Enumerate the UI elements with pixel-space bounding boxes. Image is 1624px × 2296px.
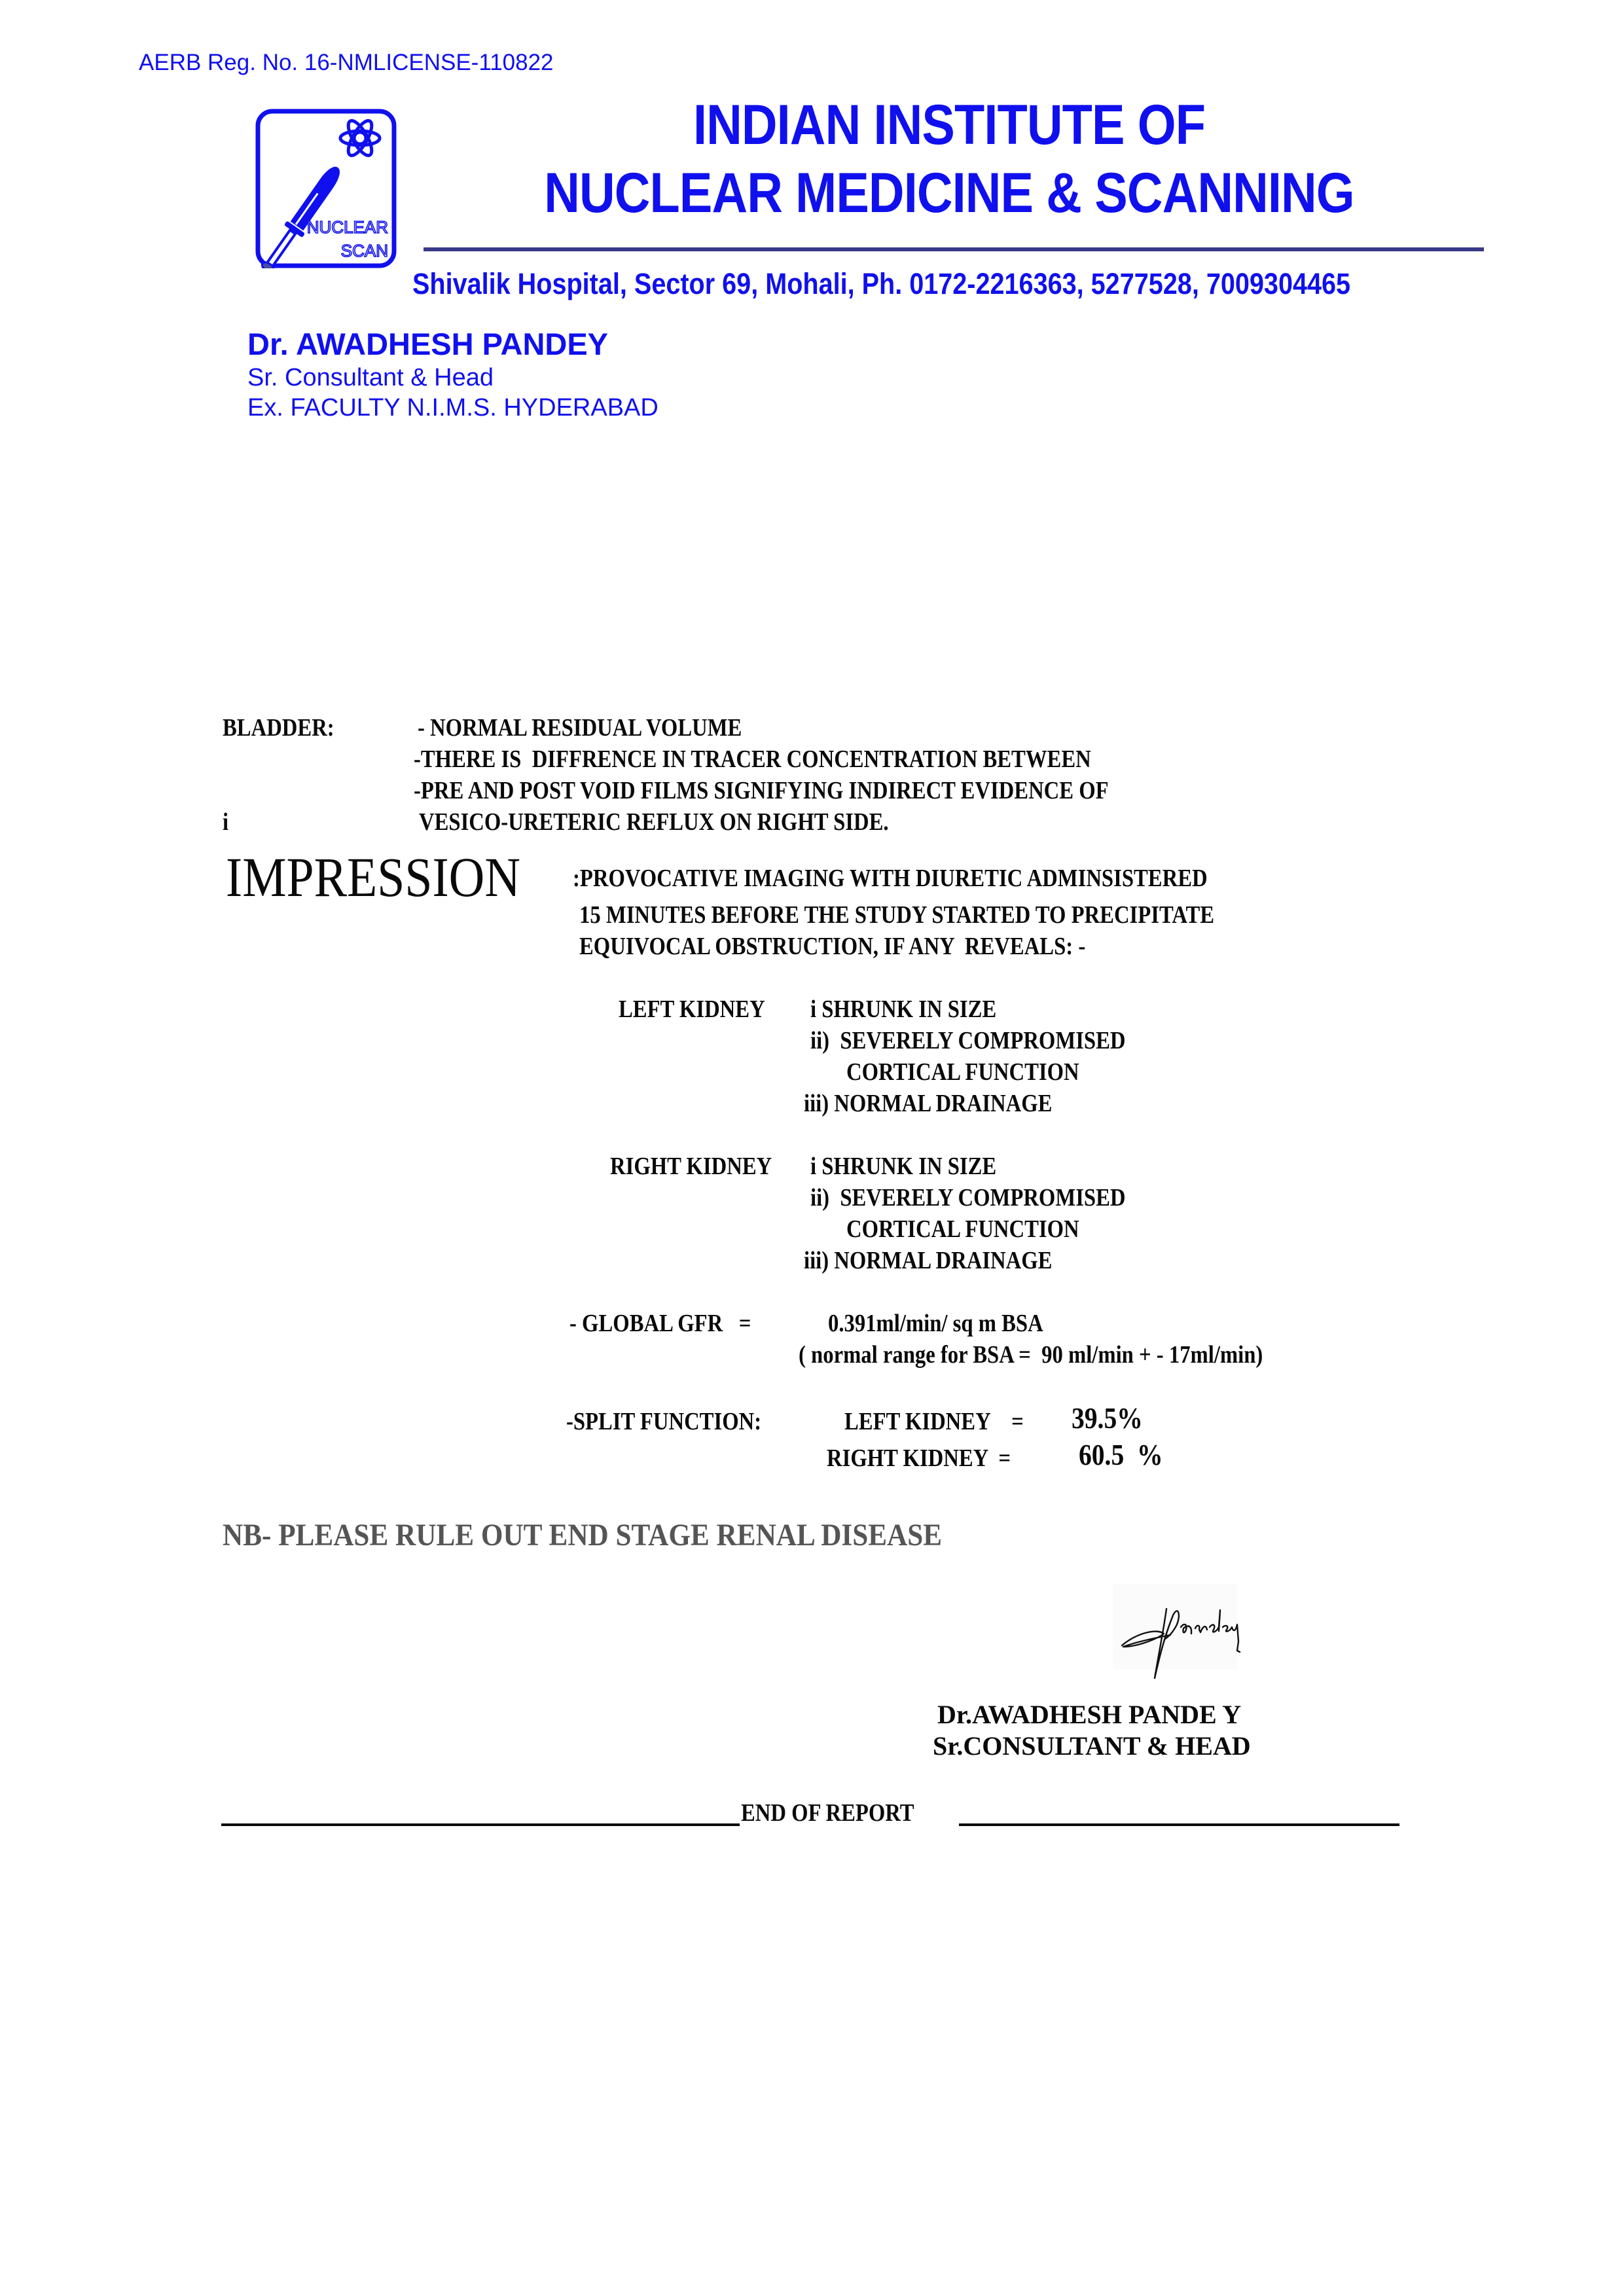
stray-marker: i: [223, 808, 228, 836]
doctor-faculty: Ex. FACULTY N.I.M.S. HYDERABAD: [247, 394, 659, 422]
left-kidney-finding: CORTICAL FUNCTION: [846, 1058, 1079, 1086]
signatory-name: Dr.AWADHESH PANDE Y: [937, 1699, 1241, 1730]
right-kidney-finding: ii) SEVERELY COMPROMISED: [810, 1183, 1125, 1212]
bladder-finding: - NORMAL RESIDUAL VOLUME: [418, 713, 742, 742]
split-right-kidney-value: 60.5 %: [1079, 1437, 1163, 1472]
end-divider-left: [221, 1823, 740, 1826]
gfr-value: 0.391ml/min/ sq m BSA: [828, 1309, 1043, 1338]
split-right-kidney-label: RIGHT KIDNEY =: [827, 1444, 1011, 1473]
signature-icon: [1113, 1584, 1237, 1669]
registration-number: AERB Reg. No. 16-NMLICENSE-110822: [139, 50, 554, 76]
gfr-label: - GLOBAL GFR =: [569, 1309, 751, 1338]
signatory-title: Sr.CONSULTANT & HEAD: [933, 1731, 1251, 1761]
logo-text-nuclear: NUCLEAR: [307, 217, 388, 237]
gfr-normal-range: ( normal range for BSA = 90 ml/min + - 1…: [799, 1340, 1263, 1369]
institute-address: Shivalik Hospital, Sector 69, Mohali, Ph…: [412, 267, 1350, 301]
institute-title-line2: NUCLEAR MEDICINE & SCANNING: [471, 161, 1428, 226]
bladder-finding: VESICO-URETERIC REFLUX ON RIGHT SIDE.: [419, 808, 889, 836]
bladder-label: BLADDER:: [223, 713, 334, 742]
clinical-note: NB- PLEASE RULE OUT END STAGE RENAL DISE…: [223, 1517, 942, 1553]
impression-text: :PROVOCATIVE IMAGING WITH DIURETIC ADMIN…: [573, 864, 1208, 893]
split-function-label: -SPLIT FUNCTION:: [566, 1407, 761, 1436]
doctor-name: Dr. AWADHESH PANDEY: [247, 326, 608, 362]
left-kidney-finding: i SHRUNK IN SIZE: [810, 995, 996, 1024]
nuclear-scan-logo-icon: NUCLEAR SCAN: [250, 97, 391, 257]
left-kidney-finding: ii) SEVERELY COMPROMISED: [810, 1026, 1125, 1055]
bladder-finding: -PRE AND POST VOID FILMS SIGNIFYING INDI…: [414, 776, 1109, 805]
institute-title-line1: INDIAN INSTITUTE OF: [471, 93, 1428, 158]
impression-text: 15 MINUTES BEFORE THE STUDY STARTED TO P…: [579, 901, 1214, 929]
end-of-report: END OF REPORT: [741, 1799, 914, 1827]
right-kidney-finding: CORTICAL FUNCTION: [846, 1215, 1079, 1244]
right-kidney-finding: i SHRUNK IN SIZE: [810, 1152, 996, 1181]
impression-text: EQUIVOCAL OBSTRUCTION, IF ANY REVEALS: -: [579, 932, 1085, 961]
right-kidney-label: RIGHT KIDNEY: [610, 1152, 772, 1181]
header-divider: [424, 247, 1484, 251]
split-left-kidney-label: LEFT KIDNEY =: [844, 1407, 1024, 1436]
left-kidney-label: LEFT KIDNEY: [619, 995, 765, 1024]
impression-heading: IMPRESSION: [226, 844, 520, 910]
doctor-title: Sr. Consultant & Head: [247, 364, 494, 392]
right-kidney-finding: iii) NORMAL DRAINAGE: [804, 1246, 1052, 1275]
end-divider-right: [959, 1823, 1399, 1826]
bladder-finding: -THERE IS DIFFRENCE IN TRACER CONCENTRAT…: [414, 745, 1091, 774]
logo-text-scan: SCAN: [341, 241, 388, 260]
left-kidney-finding: iii) NORMAL DRAINAGE: [804, 1089, 1052, 1118]
split-left-kidney-value: 39.5%: [1072, 1401, 1143, 1435]
